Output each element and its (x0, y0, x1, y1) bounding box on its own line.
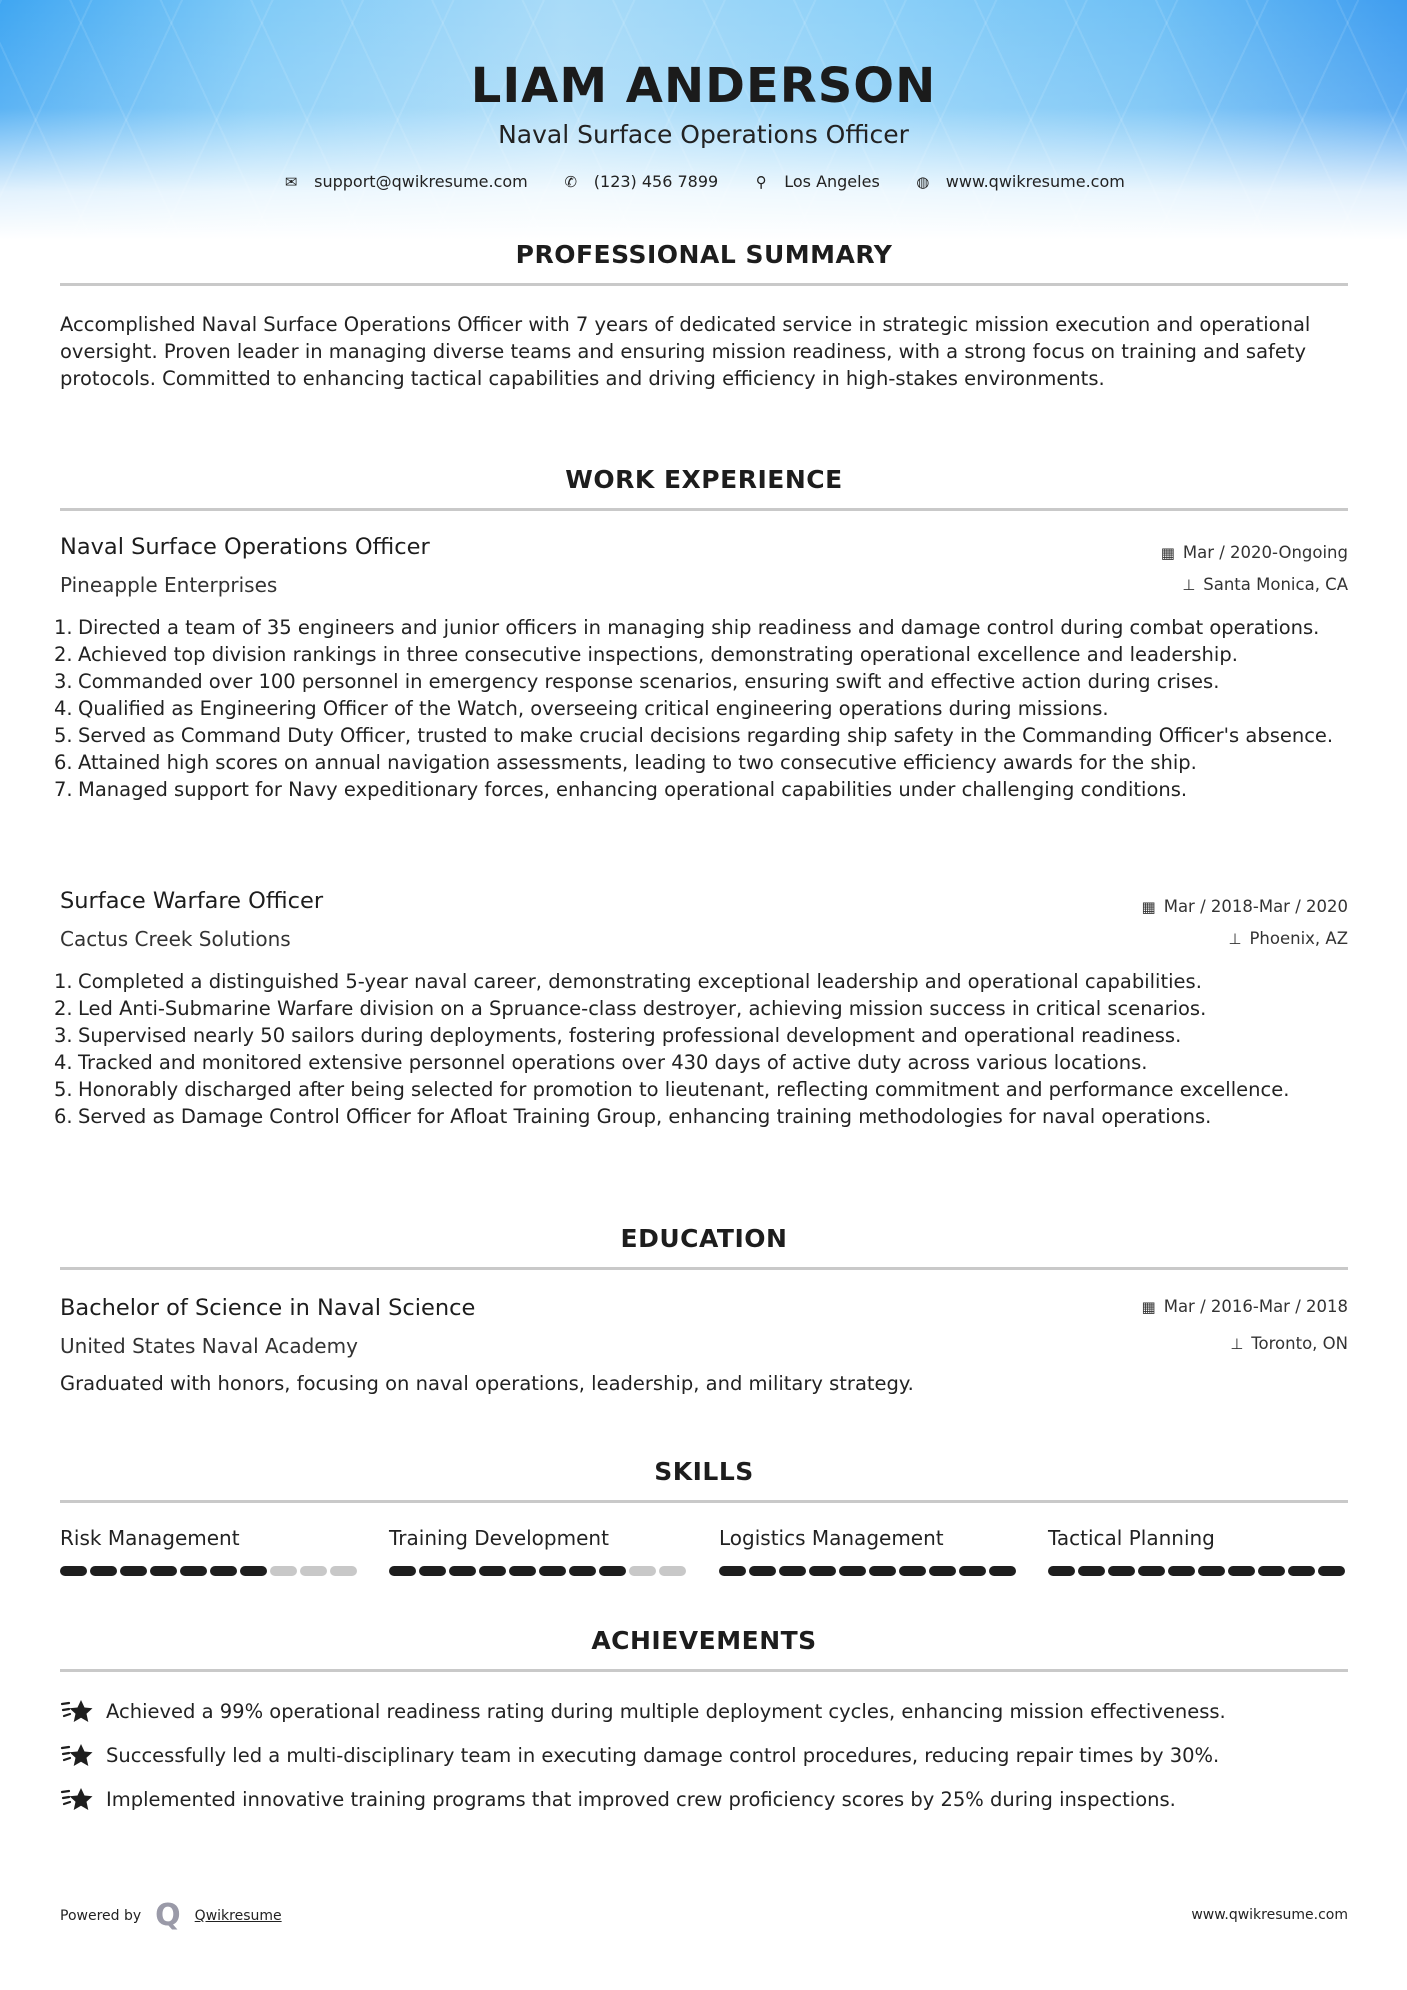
skill-name: Tactical Planning (1048, 1526, 1348, 1554)
job-company: Pineapple Enterprises (60, 573, 277, 597)
candidate-title: Naval Surface Operations Officer (0, 120, 1407, 149)
education-dates: ▦ Mar / 2016-Mar / 2018 (1142, 1297, 1348, 1316)
bullet-item: 5.Honorably discharged after being selec… (60, 1076, 1360, 1103)
job-title: Surface Warfare Officer (60, 888, 323, 914)
achievement-item: Achieved a 99% operational readiness rat… (60, 1698, 1226, 1724)
skill-level-bar (719, 1566, 1019, 1576)
degree-title: Bachelor of Science in Naval Science (60, 1295, 475, 1321)
contact-bar: ✉ support@qwikresume.com ✆ (123) 456 789… (0, 172, 1407, 191)
contact-phone[interactable]: (123) 456 7899 (594, 172, 718, 191)
skill-level-bar (1048, 1566, 1348, 1576)
job-dates: ▦ Mar / 2018-Mar / 2020 (1142, 897, 1348, 916)
bullet-item: 2.Led Anti-Submarine Warfare division on… (60, 995, 1360, 1022)
contact-location: Los Angeles (784, 172, 880, 191)
pushpin-icon: ⊥ (1230, 1335, 1243, 1353)
contact-website[interactable]: www.qwikresume.com (946, 172, 1125, 191)
education-location: ⊥ Toronto, ON (1230, 1334, 1348, 1353)
job-bullets: 1.Completed a distinguished 5-year naval… (60, 968, 1360, 1130)
qwikresume-logo-icon: Q (155, 1901, 181, 1931)
skill-item: Risk Management (60, 1526, 360, 1576)
skill-item: Training Development (389, 1526, 689, 1576)
achievement-text: Achieved a 99% operational readiness rat… (106, 1700, 1226, 1723)
achievement-text: Implemented innovative training programs… (106, 1788, 1176, 1811)
skill-name: Logistics Management (719, 1526, 1019, 1554)
section-divider (60, 1267, 1348, 1270)
bullet-item: 4.Tracked and monitored extensive person… (60, 1049, 1360, 1076)
job-title: Naval Surface Operations Officer (60, 534, 430, 560)
powered-by-label: Powered by (60, 1908, 141, 1924)
bullet-item: 4.Qualified as Engineering Officer of th… (60, 695, 1360, 722)
bullet-item: 6.Served as Damage Control Officer for A… (60, 1103, 1360, 1130)
calendar-icon: ▦ (1142, 898, 1156, 916)
calendar-icon: ▦ (1142, 1298, 1156, 1316)
qwikresume-link[interactable]: Qwikresume (195, 1908, 282, 1924)
contact-email[interactable]: support@qwikresume.com (314, 172, 528, 191)
bullet-item: 3.Supervised nearly 50 sailors during de… (60, 1022, 1360, 1049)
footer-website[interactable]: www.qwikresume.com (1191, 1907, 1348, 1923)
pushpin-icon: ⊥ (1182, 576, 1195, 594)
section-divider (60, 1669, 1348, 1672)
skill-item: Tactical Planning (1048, 1526, 1348, 1576)
bullet-item: 3.Commanded over 100 personnel in emerge… (60, 668, 1360, 695)
bullet-item: 1.Completed a distinguished 5-year naval… (60, 968, 1360, 995)
star-award-icon (60, 1786, 106, 1812)
section-heading-experience: WORK EXPERIENCE (60, 465, 1348, 494)
skill-name: Training Development (389, 1526, 689, 1554)
job-bullets: 1.Directed a team of 35 engineers and ju… (60, 614, 1360, 803)
summary-text: Accomplished Naval Surface Operations Of… (60, 311, 1348, 392)
section-heading-summary: PROFESSIONAL SUMMARY (60, 240, 1348, 269)
pushpin-icon: ⊥ (1228, 930, 1241, 948)
education-description: Graduated with honors, focusing on naval… (60, 1370, 1348, 1397)
section-divider (60, 508, 1348, 511)
job-location: ⊥ Phoenix, AZ (1228, 929, 1348, 948)
bullet-item: 1.Directed a team of 35 engineers and ju… (60, 614, 1360, 641)
candidate-name: LIAM ANDERSON (0, 58, 1407, 114)
section-heading-education: EDUCATION (60, 1224, 1348, 1253)
map-pin-icon: ⚲ (752, 173, 770, 191)
bullet-item: 2.Achieved top division rankings in thre… (60, 641, 1360, 668)
achievement-item: Successfully led a multi-disciplinary te… (60, 1742, 1219, 1768)
calendar-icon: ▦ (1161, 544, 1175, 562)
skill-item: Logistics Management (719, 1526, 1019, 1576)
star-award-icon (60, 1742, 106, 1768)
job-location: ⊥ Santa Monica, CA (1182, 575, 1348, 594)
globe-icon: ◍ (914, 173, 932, 191)
school-name: United States Naval Academy (60, 1334, 358, 1358)
bullet-item: 6.Attained high scores on annual navigat… (60, 749, 1360, 776)
phone-icon: ✆ (562, 173, 580, 191)
achievement-text: Successfully led a multi-disciplinary te… (106, 1744, 1219, 1767)
bullet-item: 5.Served as Command Duty Officer, truste… (60, 722, 1360, 749)
skill-name: Risk Management (60, 1526, 360, 1554)
bullet-item: 7.Managed support for Navy expeditionary… (60, 776, 1360, 803)
section-divider (60, 1500, 1348, 1503)
achievement-item: Implemented innovative training programs… (60, 1786, 1176, 1812)
envelope-icon: ✉ (282, 173, 300, 191)
job-dates: ▦ Mar / 2020-Ongoing (1161, 543, 1348, 562)
skill-level-bar (60, 1566, 360, 1576)
section-divider (60, 283, 1348, 286)
footer-powered-by: Powered by Q Qwikresume (60, 1901, 282, 1931)
section-heading-achievements: ACHIEVEMENTS (60, 1626, 1348, 1655)
skill-level-bar (389, 1566, 689, 1576)
job-company: Cactus Creek Solutions (60, 927, 291, 951)
star-award-icon (60, 1698, 106, 1724)
section-heading-skills: SKILLS (60, 1457, 1348, 1486)
